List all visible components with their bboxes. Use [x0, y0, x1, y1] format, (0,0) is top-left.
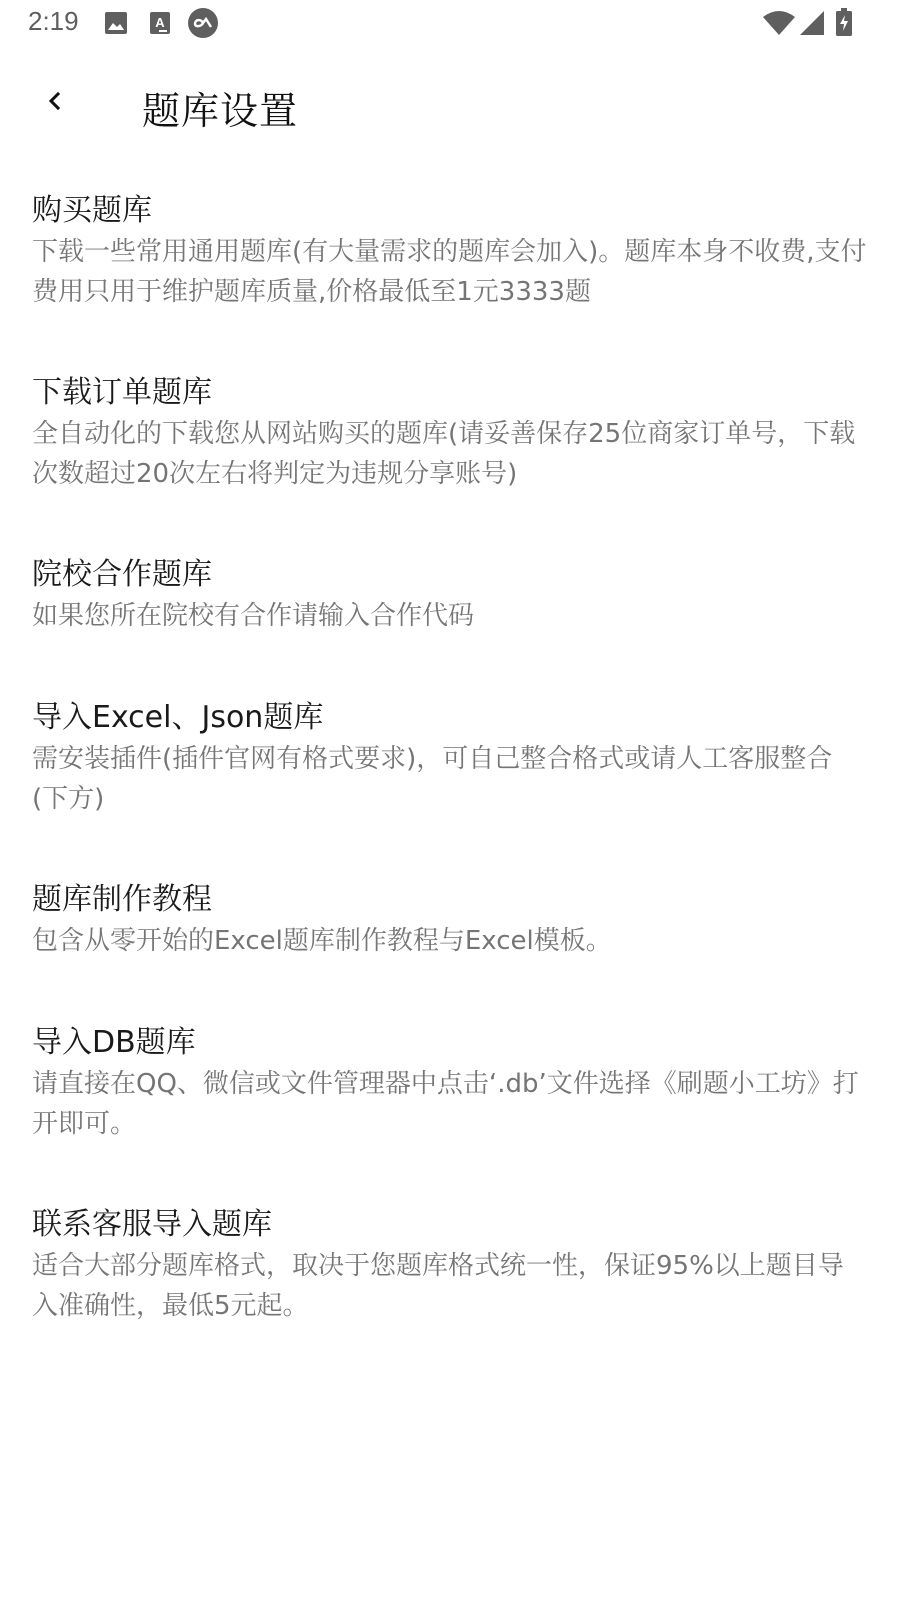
image-icon	[104, 11, 128, 39]
back-button[interactable]	[30, 78, 80, 128]
chevron-left-icon	[43, 89, 67, 117]
font-a-icon: A	[150, 12, 170, 38]
item-title: 联系客服导入题库	[32, 1204, 868, 1246]
cellular-signal-icon	[800, 11, 824, 39]
setting-item-download-order-bank[interactable]: 下载订单题库 全自动化的下载您从网站购买的题库(请妥善保存25位商家订单号，下载…	[0, 362, 900, 544]
setting-item-contact-support-import[interactable]: 联系客服导入题库 适合大部分题库格式，取决于您题库格式统一性，保证95%以上题目…	[0, 1194, 900, 1376]
status-bar: 2:19 A	[0, 0, 900, 48]
setting-item-import-excel-json[interactable]: 导入Excel、Json题库 需安装插件(插件官网有格式要求)，可自己整合格式或…	[0, 687, 900, 869]
svg-text:A: A	[155, 15, 165, 30]
item-title: 购买题库	[32, 190, 868, 232]
item-description: 请直接在QQ、微信或文件管理器中点击‘.db’文件选择《刷题小工坊》打开即可。	[32, 1064, 868, 1144]
item-description: 需安装插件(插件官网有格式要求)，可自己整合格式或请人工客服整合(下方)	[32, 739, 868, 819]
item-title: 导入DB题库	[32, 1022, 868, 1064]
settings-list: 购买题库 下载一些常用通用题库(有大量需求的题库会加入)。题库本身不收费,支付费…	[0, 180, 900, 1376]
item-description: 适合大部分题库格式，取决于您题库格式统一性，保证95%以上题目导入准确性，最低5…	[32, 1246, 868, 1326]
item-description: 包含从零开始的Excel题库制作教程与Excel模板。	[32, 921, 868, 961]
setting-item-school-cooperation-bank[interactable]: 院校合作题库 如果您所在院校有合作请输入合作代码	[0, 544, 900, 687]
item-description: 下载一些常用通用题库(有大量需求的题库会加入)。题库本身不收费,支付费用只用于维…	[32, 232, 868, 312]
item-title: 导入Excel、Json题库	[32, 697, 868, 739]
wifi-icon	[763, 11, 795, 39]
infinity-badge-icon	[188, 8, 218, 42]
setting-item-bank-tutorial[interactable]: 题库制作教程 包含从零开始的Excel题库制作教程与Excel模板。	[0, 869, 900, 1012]
battery-charging-icon	[836, 8, 852, 40]
app-bar: 题库设置	[0, 56, 900, 152]
setting-item-import-db[interactable]: 导入DB题库 请直接在QQ、微信或文件管理器中点击‘.db’文件选择《刷题小工坊…	[0, 1012, 900, 1194]
item-title: 院校合作题库	[32, 554, 868, 596]
setting-item-buy-question-bank[interactable]: 购买题库 下载一些常用通用题库(有大量需求的题库会加入)。题库本身不收费,支付费…	[0, 180, 900, 362]
page-title: 题库设置	[142, 80, 298, 135]
status-time: 2:19	[28, 6, 79, 37]
item-title: 下载订单题库	[32, 372, 868, 414]
item-description: 如果您所在院校有合作请输入合作代码	[32, 596, 868, 636]
item-description: 全自动化的下载您从网站购买的题库(请妥善保存25位商家订单号，下载次数超过20次…	[32, 414, 868, 494]
item-title: 题库制作教程	[32, 879, 868, 921]
